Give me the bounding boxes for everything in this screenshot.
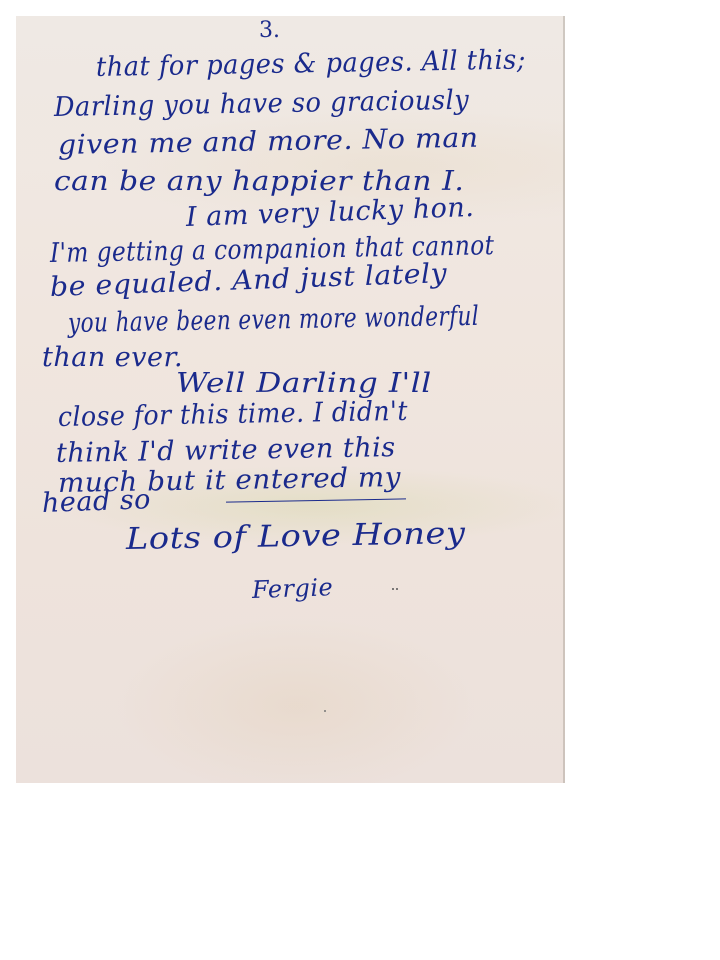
letter-line-14: head so bbox=[41, 484, 151, 519]
letter-line-4: can be any happier than I. bbox=[54, 166, 464, 197]
letter-line-9: than ever. bbox=[42, 342, 183, 373]
ink-speck bbox=[392, 588, 394, 590]
letter-line-1: that for pages & pages. All this; bbox=[96, 44, 526, 82]
letter-page: 3. that for pages & pages. All this; Dar… bbox=[16, 16, 565, 783]
paper-speck bbox=[324, 710, 326, 712]
letter-closing: Lots of Love Honey bbox=[126, 516, 466, 557]
letter-line-8: you have been even more wonderful bbox=[68, 301, 480, 339]
ink-speck bbox=[396, 588, 398, 590]
letter-line-2: Darling you have so graciously bbox=[54, 85, 470, 123]
flourish-rule bbox=[226, 498, 406, 502]
letter-line-11: close for this time. I didn't bbox=[58, 396, 408, 433]
letter-line-10: Well Darling I'll bbox=[176, 368, 432, 399]
page-number: 3. bbox=[259, 18, 280, 43]
letter-line-3: given me and more. No man bbox=[58, 123, 479, 161]
letter-line-5: I am very lucky hon. bbox=[185, 192, 474, 233]
letter-signature: Fergie bbox=[252, 573, 334, 604]
